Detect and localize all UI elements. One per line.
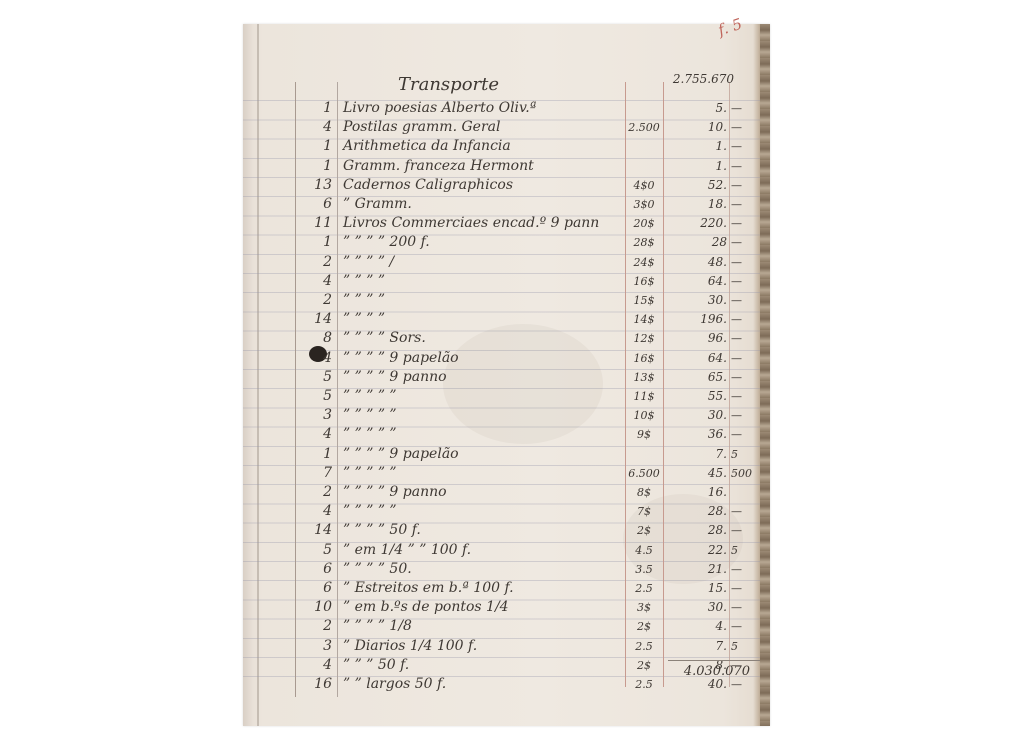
quantity-cell: 6 xyxy=(298,580,332,596)
cents-cell: — xyxy=(731,217,755,230)
unit-price-cell: 2$ xyxy=(626,620,662,633)
total-underline xyxy=(668,660,760,661)
quantity-cell: 10 xyxy=(298,599,332,615)
quantity-cell: 2 xyxy=(298,292,332,308)
cents-cell: — xyxy=(731,428,755,441)
unit-price-cell: 3$0 xyxy=(626,198,662,211)
cents-cell: 5 xyxy=(731,448,755,461)
unit-price-cell: 13$ xyxy=(626,371,662,384)
description-cell: ” ” ” ” xyxy=(343,273,385,289)
unit-price-cell: 10$ xyxy=(626,409,662,422)
amount-cell: 7. xyxy=(671,639,727,653)
quantity-cell: 5 xyxy=(298,369,332,385)
folio-number: f. 5 xyxy=(716,15,744,40)
description-cell: ” ” ” ” ” xyxy=(343,426,397,442)
cents-cell: — xyxy=(731,198,755,211)
unit-price-cell: 14$ xyxy=(626,313,662,326)
unit-price-cell: 6.500 xyxy=(626,467,662,480)
ledger-row: 3” Diarios 1/4 100 f.2.57.5 xyxy=(243,638,770,657)
ledger-row: 1” ” ” ” 9 papelão7.5 xyxy=(243,446,770,465)
quantity-cell: 4 xyxy=(298,503,332,519)
amount-cell: 64. xyxy=(671,274,727,288)
ledger-row: 14” ” ” ”14$196.— xyxy=(243,311,770,330)
quantity-cell: 4 xyxy=(298,657,332,673)
description-cell: ” ” ” 50 f. xyxy=(343,657,409,673)
quantity-cell: 1 xyxy=(298,138,332,154)
ledger-row: 13Cadernos Caligraphicos4$052.— xyxy=(243,177,770,196)
unit-price-cell: 20$ xyxy=(626,217,662,230)
unit-price-cell: 2$ xyxy=(626,524,662,537)
unit-price-cell: 12$ xyxy=(626,332,662,345)
unit-price-cell: 16$ xyxy=(626,352,662,365)
amount-cell: 28 xyxy=(671,235,727,249)
cents-cell: — xyxy=(731,294,755,307)
cents-cell: 5 xyxy=(731,640,755,653)
ledger-row: 5” em 1/4 ” ” 100 f.4.522.5 xyxy=(243,542,770,561)
description-cell: Cadernos Caligraphicos xyxy=(343,177,513,193)
cents-cell: — xyxy=(731,620,755,633)
unit-price-cell: 9$ xyxy=(626,428,662,441)
description-cell: ” ” ” ” / xyxy=(343,254,394,270)
description-cell: ” ” ” ” 50 f. xyxy=(343,522,421,538)
description-cell: ” ” ” ” xyxy=(343,311,385,327)
cents-cell: 500 xyxy=(731,467,755,480)
quantity-cell: 4 xyxy=(298,119,332,135)
ledger-row: 3” ” ” ” ”10$30.— xyxy=(243,407,770,426)
amount-cell: 16. xyxy=(671,485,727,499)
cents-cell: — xyxy=(731,275,755,288)
ledger-row: 1Arithmetica da Infancia1.— xyxy=(243,138,770,157)
amount-cell: 65. xyxy=(671,370,727,384)
description-cell: Livros Commerciaes encad.º 9 pann xyxy=(343,215,599,231)
quantity-cell: 11 xyxy=(298,215,332,231)
quantity-cell: 14 xyxy=(298,311,332,327)
amount-cell: 4. xyxy=(671,619,727,633)
unit-price-cell: 28$ xyxy=(626,236,662,249)
quantity-cell: 6 xyxy=(298,561,332,577)
description-cell: ” ” ” ” 9 papelão xyxy=(343,350,459,366)
cents-cell: — xyxy=(731,524,755,537)
cents-cell: — xyxy=(731,563,755,576)
cents-cell: — xyxy=(731,313,755,326)
cents-cell: — xyxy=(731,390,755,403)
description-cell: ” ” ” ” 9 papelão xyxy=(343,446,459,462)
amount-cell: 30. xyxy=(671,600,727,614)
quantity-cell: 2 xyxy=(298,254,332,270)
amount-cell: 196. xyxy=(671,312,727,326)
amount-cell: 28. xyxy=(671,504,727,518)
page-total: 4.030.070 xyxy=(684,664,750,679)
ledger-row: 2” ” ” ” 9 panno8$16. xyxy=(243,484,770,503)
amount-cell: 21. xyxy=(671,562,727,576)
ledger-page: f. 5 Transporte 2.755.670 1Livro poesias… xyxy=(243,24,770,726)
ledger-row: 2” ” ” ” /24$48.— xyxy=(243,254,770,273)
amount-cell: 1. xyxy=(671,159,727,173)
description-cell: ” ” ” ” 9 panno xyxy=(343,369,447,385)
amount-cell: 36. xyxy=(671,427,727,441)
amount-cell: 10. xyxy=(671,120,727,134)
description-cell: ” ” ” ” ” xyxy=(343,503,397,519)
ledger-row: 1” ” ” ” 200 f.28$28— xyxy=(243,234,770,253)
amount-cell: 22. xyxy=(671,543,727,557)
quantity-cell: 1 xyxy=(298,234,332,250)
unit-price-cell: 3$ xyxy=(626,601,662,614)
amount-cell: 96. xyxy=(671,331,727,345)
unit-price-cell: 2.5 xyxy=(626,640,662,653)
quantity-cell: 4 xyxy=(298,350,332,366)
cents-cell: 5 xyxy=(731,544,755,557)
quantity-cell: 4 xyxy=(298,273,332,289)
cents-cell: — xyxy=(731,352,755,365)
amount-cell: 15. xyxy=(671,581,727,595)
quantity-cell: 5 xyxy=(298,542,332,558)
description-cell: Livro poesias Alberto Oliv.ª xyxy=(343,100,536,116)
unit-price-cell: 2.5 xyxy=(626,582,662,595)
quantity-cell: 16 xyxy=(298,676,332,692)
amount-cell: 52. xyxy=(671,178,727,192)
ledger-row: 5” ” ” ” ”11$55.— xyxy=(243,388,770,407)
unit-price-cell: 4$0 xyxy=(626,179,662,192)
quantity-cell: 3 xyxy=(298,638,332,654)
ledger-row: 7” ” ” ” ”6.50045.500 xyxy=(243,465,770,484)
quantity-cell: 1 xyxy=(298,158,332,174)
cents-cell: — xyxy=(731,582,755,595)
cents-cell: — xyxy=(731,256,755,269)
ledger-row: 2” ” ” ”15$30.— xyxy=(243,292,770,311)
amount-cell: 30. xyxy=(671,408,727,422)
unit-price-cell: 2.5 xyxy=(626,678,662,691)
amount-cell: 30. xyxy=(671,293,727,307)
description-cell: ” em 1/4 ” ” 100 f. xyxy=(343,542,471,558)
description-cell: ” em b.ºs de pontos 1/4 xyxy=(343,599,509,615)
ledger-row: 4” ” ” ”16$64.— xyxy=(243,273,770,292)
description-cell: ” ” ” ” 9 panno xyxy=(343,484,447,500)
cents-cell: — xyxy=(731,179,755,192)
quantity-cell: 14 xyxy=(298,522,332,538)
amount-cell: 40. xyxy=(671,677,727,691)
cents-cell: — xyxy=(731,102,755,115)
cents-cell: — xyxy=(731,505,755,518)
quantity-cell: 2 xyxy=(298,484,332,500)
description-cell: ” ” ” ” ” xyxy=(343,388,397,404)
description-cell: ” ” ” ” 50. xyxy=(343,561,412,577)
description-cell: ” ” ” ” ” xyxy=(343,465,397,481)
description-cell: Gramm. franceza Hermont xyxy=(343,158,534,174)
unit-price-cell: 11$ xyxy=(626,390,662,403)
description-cell: ” ” ” ” 1/8 xyxy=(343,618,412,634)
amount-cell: 28. xyxy=(671,523,727,537)
unit-price-cell: 7$ xyxy=(626,505,662,518)
cents-cell: — xyxy=(731,371,755,384)
unit-price-cell: 3.5 xyxy=(626,563,662,576)
unit-price-cell: 2.500 xyxy=(626,121,662,134)
amount-cell: 64. xyxy=(671,351,727,365)
cents-cell: — xyxy=(731,140,755,153)
description-cell: ” ” ” ” 200 f. xyxy=(343,234,430,250)
ledger-row: 1Gramm. franceza Hermont1.— xyxy=(243,158,770,177)
amount-cell: 5. xyxy=(671,101,727,115)
amount-cell: 45. xyxy=(671,466,727,480)
amount-cell: 220. xyxy=(671,216,727,230)
ledger-row: 10” em b.ºs de pontos 1/43$30.— xyxy=(243,599,770,618)
ledger-row: 11Livros Commerciaes encad.º 9 pann20$22… xyxy=(243,215,770,234)
quantity-cell: 6 xyxy=(298,196,332,212)
quantity-cell: 2 xyxy=(298,618,332,634)
amount-cell: 18. xyxy=(671,197,727,211)
unit-price-cell: 24$ xyxy=(626,256,662,269)
ledger-row: 4” ” ” ” ”7$28.— xyxy=(243,503,770,522)
description-cell: ” ” largos 50 f. xyxy=(343,676,446,692)
cents-cell: — xyxy=(731,678,755,691)
quantity-cell: 1 xyxy=(298,446,332,462)
description-cell: ” Gramm. xyxy=(343,196,412,212)
ledger-row: 4” ” ” ” 9 papelão16$64.— xyxy=(243,350,770,369)
quantity-cell: 4 xyxy=(298,426,332,442)
description-cell: ” ” ” ” xyxy=(343,292,385,308)
ledger-row: 5” ” ” ” 9 panno13$65.— xyxy=(243,369,770,388)
cents-cell: — xyxy=(731,160,755,173)
quantity-cell: 13 xyxy=(298,177,332,193)
unit-price-cell: 2$ xyxy=(626,659,662,672)
amount-cell: 7. xyxy=(671,447,727,461)
quantity-cell: 3 xyxy=(298,407,332,423)
unit-price-cell: 8$ xyxy=(626,486,662,499)
description-cell: ” Diarios 1/4 100 f. xyxy=(343,638,477,654)
cents-cell: — xyxy=(731,601,755,614)
ledger-row: 6” Estreitos em b.ª 100 f.2.515.— xyxy=(243,580,770,599)
cents-cell: — xyxy=(731,121,755,134)
quantity-cell: 5 xyxy=(298,388,332,404)
amount-cell: 48. xyxy=(671,255,727,269)
cents-cell: — xyxy=(731,409,755,422)
quantity-cell: 1 xyxy=(298,100,332,116)
cents-cell: — xyxy=(731,236,755,249)
ledger-row: 1Livro poesias Alberto Oliv.ª5.— xyxy=(243,100,770,119)
description-cell: ” ” ” ” Sors. xyxy=(343,330,426,346)
description-cell: ” Estreitos em b.ª 100 f. xyxy=(343,580,514,596)
ledger-row: 8” ” ” ” Sors.12$96.— xyxy=(243,330,770,349)
amount-cell: 1. xyxy=(671,139,727,153)
ledger-row: 4” ” ” ” ”9$36.— xyxy=(243,426,770,445)
unit-price-cell: 16$ xyxy=(626,275,662,288)
ledger-row: 6” Gramm.3$018.— xyxy=(243,196,770,215)
ledger-row: 4Postilas gramm. Geral2.50010.— xyxy=(243,119,770,138)
page-heading: Transporte xyxy=(398,74,499,95)
cents-cell: — xyxy=(731,332,755,345)
description-cell: ” ” ” ” ” xyxy=(343,407,397,423)
amount-cell: 55. xyxy=(671,389,727,403)
quantity-cell: 7 xyxy=(298,465,332,481)
ledger-row: 2” ” ” ” 1/82$4.— xyxy=(243,618,770,637)
description-cell: Postilas gramm. Geral xyxy=(343,119,500,135)
quantity-cell: 8 xyxy=(298,330,332,346)
unit-price-cell: 4.5 xyxy=(626,544,662,557)
carried-forward-amount: 2.755.670 xyxy=(673,72,734,86)
description-cell: Arithmetica da Infancia xyxy=(343,138,511,154)
unit-price-cell: 15$ xyxy=(626,294,662,307)
ledger-row: 6” ” ” ” 50.3.521.— xyxy=(243,561,770,580)
ledger-row: 14” ” ” ” 50 f.2$28.— xyxy=(243,522,770,541)
